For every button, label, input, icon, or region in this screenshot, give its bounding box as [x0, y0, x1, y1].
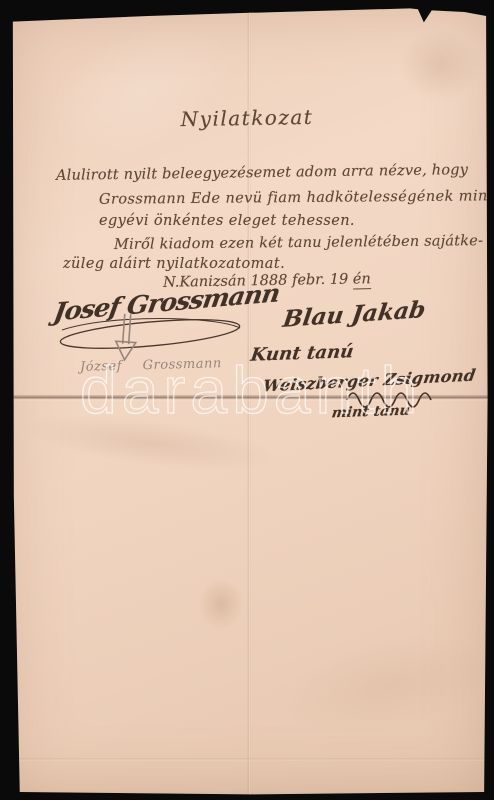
faint-bottom-crease: [0, 758, 494, 761]
body-line-4: Miről kiadom ezen két tanu jelenlétében …: [114, 233, 483, 253]
scan-background: Nyilatkozat Alulirott nyilt beleegyezése…: [0, 0, 494, 800]
body-line-2: Grossmann Ede nevü fiam hadkötelességéne…: [99, 188, 494, 207]
body-line-3: egyévi önkéntes eleget tehessen.: [99, 213, 355, 229]
paper-wrinkle: [273, 618, 494, 752]
paper-stain: [198, 578, 244, 630]
document-paper: Nyilatkozat Alulirott nyilt beleegyezése…: [0, 0, 494, 800]
signature-blau: Blau Jakab: [281, 296, 427, 333]
watermark-text: darabanth: [80, 352, 422, 428]
paper-wrinkle: [24, 0, 257, 190]
date-suffix-underlined: én: [353, 271, 371, 289]
signature-flourish-ellipse: [50, 300, 250, 360]
paper-stain: [400, 30, 480, 100]
body-line-5: züleg aláirt nyilatkozatomat.: [63, 256, 285, 272]
